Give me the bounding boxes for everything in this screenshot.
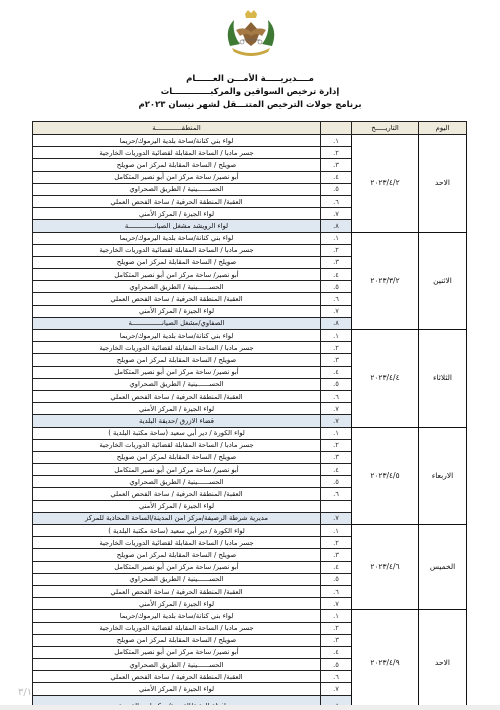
location-cell: لواء بني كنانة/ساحة بلدية اليرموك/حريما bbox=[33, 232, 321, 244]
day-cell: الاحد bbox=[419, 610, 467, 710]
location-cell: لواء الكورة / دير أبي سعيد (ساحة مكتبة ا… bbox=[33, 427, 321, 439]
row-number: ٥. bbox=[321, 281, 352, 293]
row-number: ٤. bbox=[321, 269, 352, 281]
day-cell: الاثنين bbox=[419, 232, 467, 330]
location-cell: جسر مادبا / الساحة المقابلة لقضائية الدو… bbox=[33, 439, 321, 451]
date-cell: ٢٠٢٣/٤/٥ bbox=[352, 427, 419, 525]
row-number: ١. bbox=[321, 330, 352, 342]
row-number: ٥. bbox=[321, 378, 352, 390]
row-number: ٥. bbox=[321, 183, 352, 195]
row-number: ٣. bbox=[321, 354, 352, 366]
row-number: ١. bbox=[321, 135, 352, 147]
location-cell: العقبة/ المنطقة الحرفية / ساحة الفحص الع… bbox=[33, 671, 321, 683]
table-row: الاربعاء٢٠٢٣/٤/٥١.لواء الكورة / دير أبي … bbox=[33, 427, 467, 439]
date-cell: ٢٠٢٣/٤/٤ bbox=[352, 330, 419, 428]
location-cell: قضاء الازرق /حديقة البلدية bbox=[33, 415, 321, 427]
row-number: ٤. bbox=[321, 464, 352, 476]
row-number: ١. bbox=[321, 610, 352, 622]
location-cell: العقبة/ المنطقة الحرفية / ساحة الفحص الع… bbox=[33, 585, 321, 597]
row-number: ٣. bbox=[321, 451, 352, 463]
location-cell: العقبة/ المنطقة الحرفية / ساحة الفحص الع… bbox=[33, 195, 321, 207]
location-cell: جسر مادبا / الساحة المقابلة لقضائية الدو… bbox=[33, 537, 321, 549]
location-cell: العقبة/ المنطقة الحرفية / ساحة الفحص الع… bbox=[33, 390, 321, 402]
row-number: ٤. bbox=[321, 366, 352, 378]
row-number: ٥. bbox=[321, 476, 352, 488]
location-cell: جسر مادبا / الساحة المقابلة لقضائية الدو… bbox=[33, 147, 321, 159]
location-cell: لواء الجيزة / المركز الأمني bbox=[33, 403, 321, 415]
location-cell: الصفاوي/مشغل الصيانـــــــــــــــة bbox=[33, 317, 321, 329]
location-cell: الحســــــينية / الطريق الصحراوي bbox=[33, 378, 321, 390]
location-cell: الحســــــينية / الطريق الصحراوي bbox=[33, 281, 321, 293]
location-cell: لواء الجيزة / المركز الأمني bbox=[33, 208, 321, 220]
location-cell: جسر مادبا / الساحة المقابلة لقضائية الدو… bbox=[33, 244, 321, 256]
location-cell: أبو نصير/ ساحة مركز امن أبو نصير المتكام… bbox=[33, 366, 321, 378]
row-number: ٧. bbox=[321, 208, 352, 220]
location-cell: لواء الجيزة / المركز الأمني bbox=[33, 598, 321, 610]
row-number: ٧. bbox=[321, 598, 352, 610]
table-row: الخميس٢٠٢٣/٤/٦١.لواء الكورة / دير أبي سع… bbox=[33, 525, 467, 537]
location-cell: أبو نصير/ ساحة مركز امن أبو نصير المتكام… bbox=[33, 269, 321, 281]
date-cell: ٢٠٢٣/٤/٢ bbox=[352, 135, 419, 233]
location-cell: لواء الجيزة / المركز الأمني bbox=[33, 305, 321, 317]
row-number: ٥. bbox=[321, 659, 352, 671]
row-number: ٢. bbox=[321, 342, 352, 354]
row-number: ٨. bbox=[321, 220, 352, 232]
row-number: ٣. bbox=[321, 634, 352, 646]
row-number: ٦. bbox=[321, 390, 352, 402]
row-number: ٦. bbox=[321, 671, 352, 683]
location-cell: مديرية شرطة الرصيفة/مركز امن المدينة/الس… bbox=[33, 512, 321, 524]
row-number: ٧. bbox=[321, 683, 352, 695]
location-cell: العقبة/ المنطقة الحرفية / ساحة الفحص الع… bbox=[33, 488, 321, 500]
table-row: الاثنين٢٠٢٣/٣/٢١.لواء بني كنانة/ساحة بلد… bbox=[33, 232, 467, 244]
row-number: ٧. bbox=[321, 305, 352, 317]
location-cell: لواء الكورة / دير أبي سعيد (ساحة مكتبة ا… bbox=[33, 525, 321, 537]
location-cell: الحســــــينية / الطريق الصحراوي bbox=[33, 573, 321, 585]
heading-program-title: برنامج جولات الترخيص المتنـــقل لشهر نيس… bbox=[100, 99, 400, 112]
row-number: ٦. bbox=[321, 488, 352, 500]
location-cell: الحســــــينية / الطريق الصحراوي bbox=[33, 183, 321, 195]
day-cell: الثلاثاء bbox=[419, 330, 467, 428]
location-cell: صويلح / الساحة المقابلة لمركز امن صويلح bbox=[33, 549, 321, 561]
location-cell: صويلح / الساحة المقابلة لمركز امن صويلح bbox=[33, 634, 321, 646]
document-heading: مــــديريـــــة الأمـــن العــــــام إدا… bbox=[100, 73, 400, 112]
location-cell: لواء بني كنانة/ساحة بلدية اليرموك/حريما bbox=[33, 610, 321, 622]
schedule-table: اليوم التاريـــــخ المنطقـــــــــــــة … bbox=[32, 121, 467, 710]
schedule-body: الاحد٢٠٢٣/٤/٢١.لواء بني كنانة/ساحة بلدية… bbox=[33, 135, 467, 710]
location-cell: لواء الجيزة / المركز الأمني bbox=[33, 500, 321, 512]
location-cell: صويلح / الساحة المقابلة لمركز امن صويلح bbox=[33, 354, 321, 366]
row-number: ١. bbox=[321, 525, 352, 537]
row-number: ٢. bbox=[321, 244, 352, 256]
day-cell: الاربعاء bbox=[419, 427, 467, 525]
location-cell: صويلح / الساحة المقابلة لمركز امن صويلح bbox=[33, 159, 321, 171]
location-cell: جسر مادبا / الساحة المقابلة لقضائية الدو… bbox=[33, 342, 321, 354]
row-number: ٤. bbox=[321, 646, 352, 658]
row-number: ٧. bbox=[321, 512, 352, 524]
date-cell: ٢٠٢٣/٣/٢ bbox=[352, 232, 419, 330]
location-cell: لواء الرويشد مشغل الصيانـــــــــــــة bbox=[33, 220, 321, 232]
row-number bbox=[321, 500, 352, 512]
column-header-day: اليوم bbox=[419, 122, 467, 135]
row-number: ٧. bbox=[321, 403, 352, 415]
row-number: ٣. bbox=[321, 256, 352, 268]
row-number: ٤. bbox=[321, 561, 352, 573]
location-cell: أبو نصير/ ساحة مركز امن أبو نصير المتكام… bbox=[33, 171, 321, 183]
row-number: ٦. bbox=[321, 195, 352, 207]
row-number: ٧. bbox=[321, 415, 352, 427]
location-cell: أبو نصير/ ساحة مركز امن أبو نصير المتكام… bbox=[33, 464, 321, 476]
row-number: ٦. bbox=[321, 585, 352, 597]
column-header-area: المنطقـــــــــــــة bbox=[33, 122, 321, 135]
emblem-icon bbox=[222, 8, 280, 60]
location-cell: لواء بني كنانة/ساحة بلدية اليرموك/حريما bbox=[33, 135, 321, 147]
table-header-row: اليوم التاريـــــخ المنطقـــــــــــــة bbox=[33, 122, 467, 135]
date-cell: ٢٠٢٣/٤/٩ bbox=[352, 610, 419, 710]
location-cell: صويلح / الساحة المقابلة لمركز امن صويلح bbox=[33, 451, 321, 463]
page-number: ٣/١ bbox=[18, 687, 32, 698]
location-cell: لواء الجيزة / المركز الأمني bbox=[33, 683, 321, 695]
heading-department: إدارة ترخيص السواقين والمركبــــــــــــ… bbox=[100, 86, 400, 99]
table-row: الثلاثاء٢٠٢٣/٤/٤١.لواء بني كنانة/ساحة بل… bbox=[33, 330, 467, 342]
heading-directorate: مــــديريـــــة الأمـــن العــــــام bbox=[100, 73, 400, 86]
row-number: ٤. bbox=[321, 171, 352, 183]
row-number: ٣. bbox=[321, 159, 352, 171]
row-number: ١. bbox=[321, 232, 352, 244]
location-cell: جسر مادبا / الساحة المقابلة لقضائية الدو… bbox=[33, 622, 321, 634]
table-row: الاحد٢٠٢٣/٤/٢١.لواء بني كنانة/ساحة بلدية… bbox=[33, 135, 467, 147]
day-cell: الاحد bbox=[419, 135, 467, 233]
day-cell: الخميس bbox=[419, 525, 467, 610]
date-cell: ٢٠٢٣/٤/٦ bbox=[352, 525, 419, 610]
column-header-date: التاريـــــخ bbox=[352, 122, 419, 135]
location-cell: لواء بني كنانة/ساحة بلدية اليرموك/حريما bbox=[33, 330, 321, 342]
row-number: ٢. bbox=[321, 537, 352, 549]
location-cell: الحســــــينية / الطريق الصحراوي bbox=[33, 476, 321, 488]
row-number: ٢. bbox=[321, 147, 352, 159]
row-number: ٦. bbox=[321, 293, 352, 305]
row-number: ٥. bbox=[321, 573, 352, 585]
row-number: ٨. bbox=[321, 317, 352, 329]
location-cell: أبو نصير/ ساحة مركز امن أبو نصير المتكام… bbox=[33, 646, 321, 658]
table-row: الاحد٢٠٢٣/٤/٩١.لواء بني كنانة/ساحة بلدية… bbox=[33, 610, 467, 622]
column-header-number bbox=[321, 122, 352, 135]
row-number: ٣. bbox=[321, 549, 352, 561]
viewer-bottom-bar bbox=[0, 705, 500, 710]
row-number: ١. bbox=[321, 427, 352, 439]
location-cell: أبو نصير/ ساحة مركز امن أبو نصير المتكام… bbox=[33, 561, 321, 573]
row-number: ٢. bbox=[321, 439, 352, 451]
row-number: ٢. bbox=[321, 622, 352, 634]
location-cell: الحســــــينية / الطريق الصحراوي bbox=[33, 659, 321, 671]
location-cell: صويلح / الساحة المقابلة لمركز امن صويلح bbox=[33, 256, 321, 268]
public-security-emblem bbox=[222, 8, 280, 60]
location-cell: العقبة/ المنطقة الحرفية / ساحة الفحص الع… bbox=[33, 293, 321, 305]
